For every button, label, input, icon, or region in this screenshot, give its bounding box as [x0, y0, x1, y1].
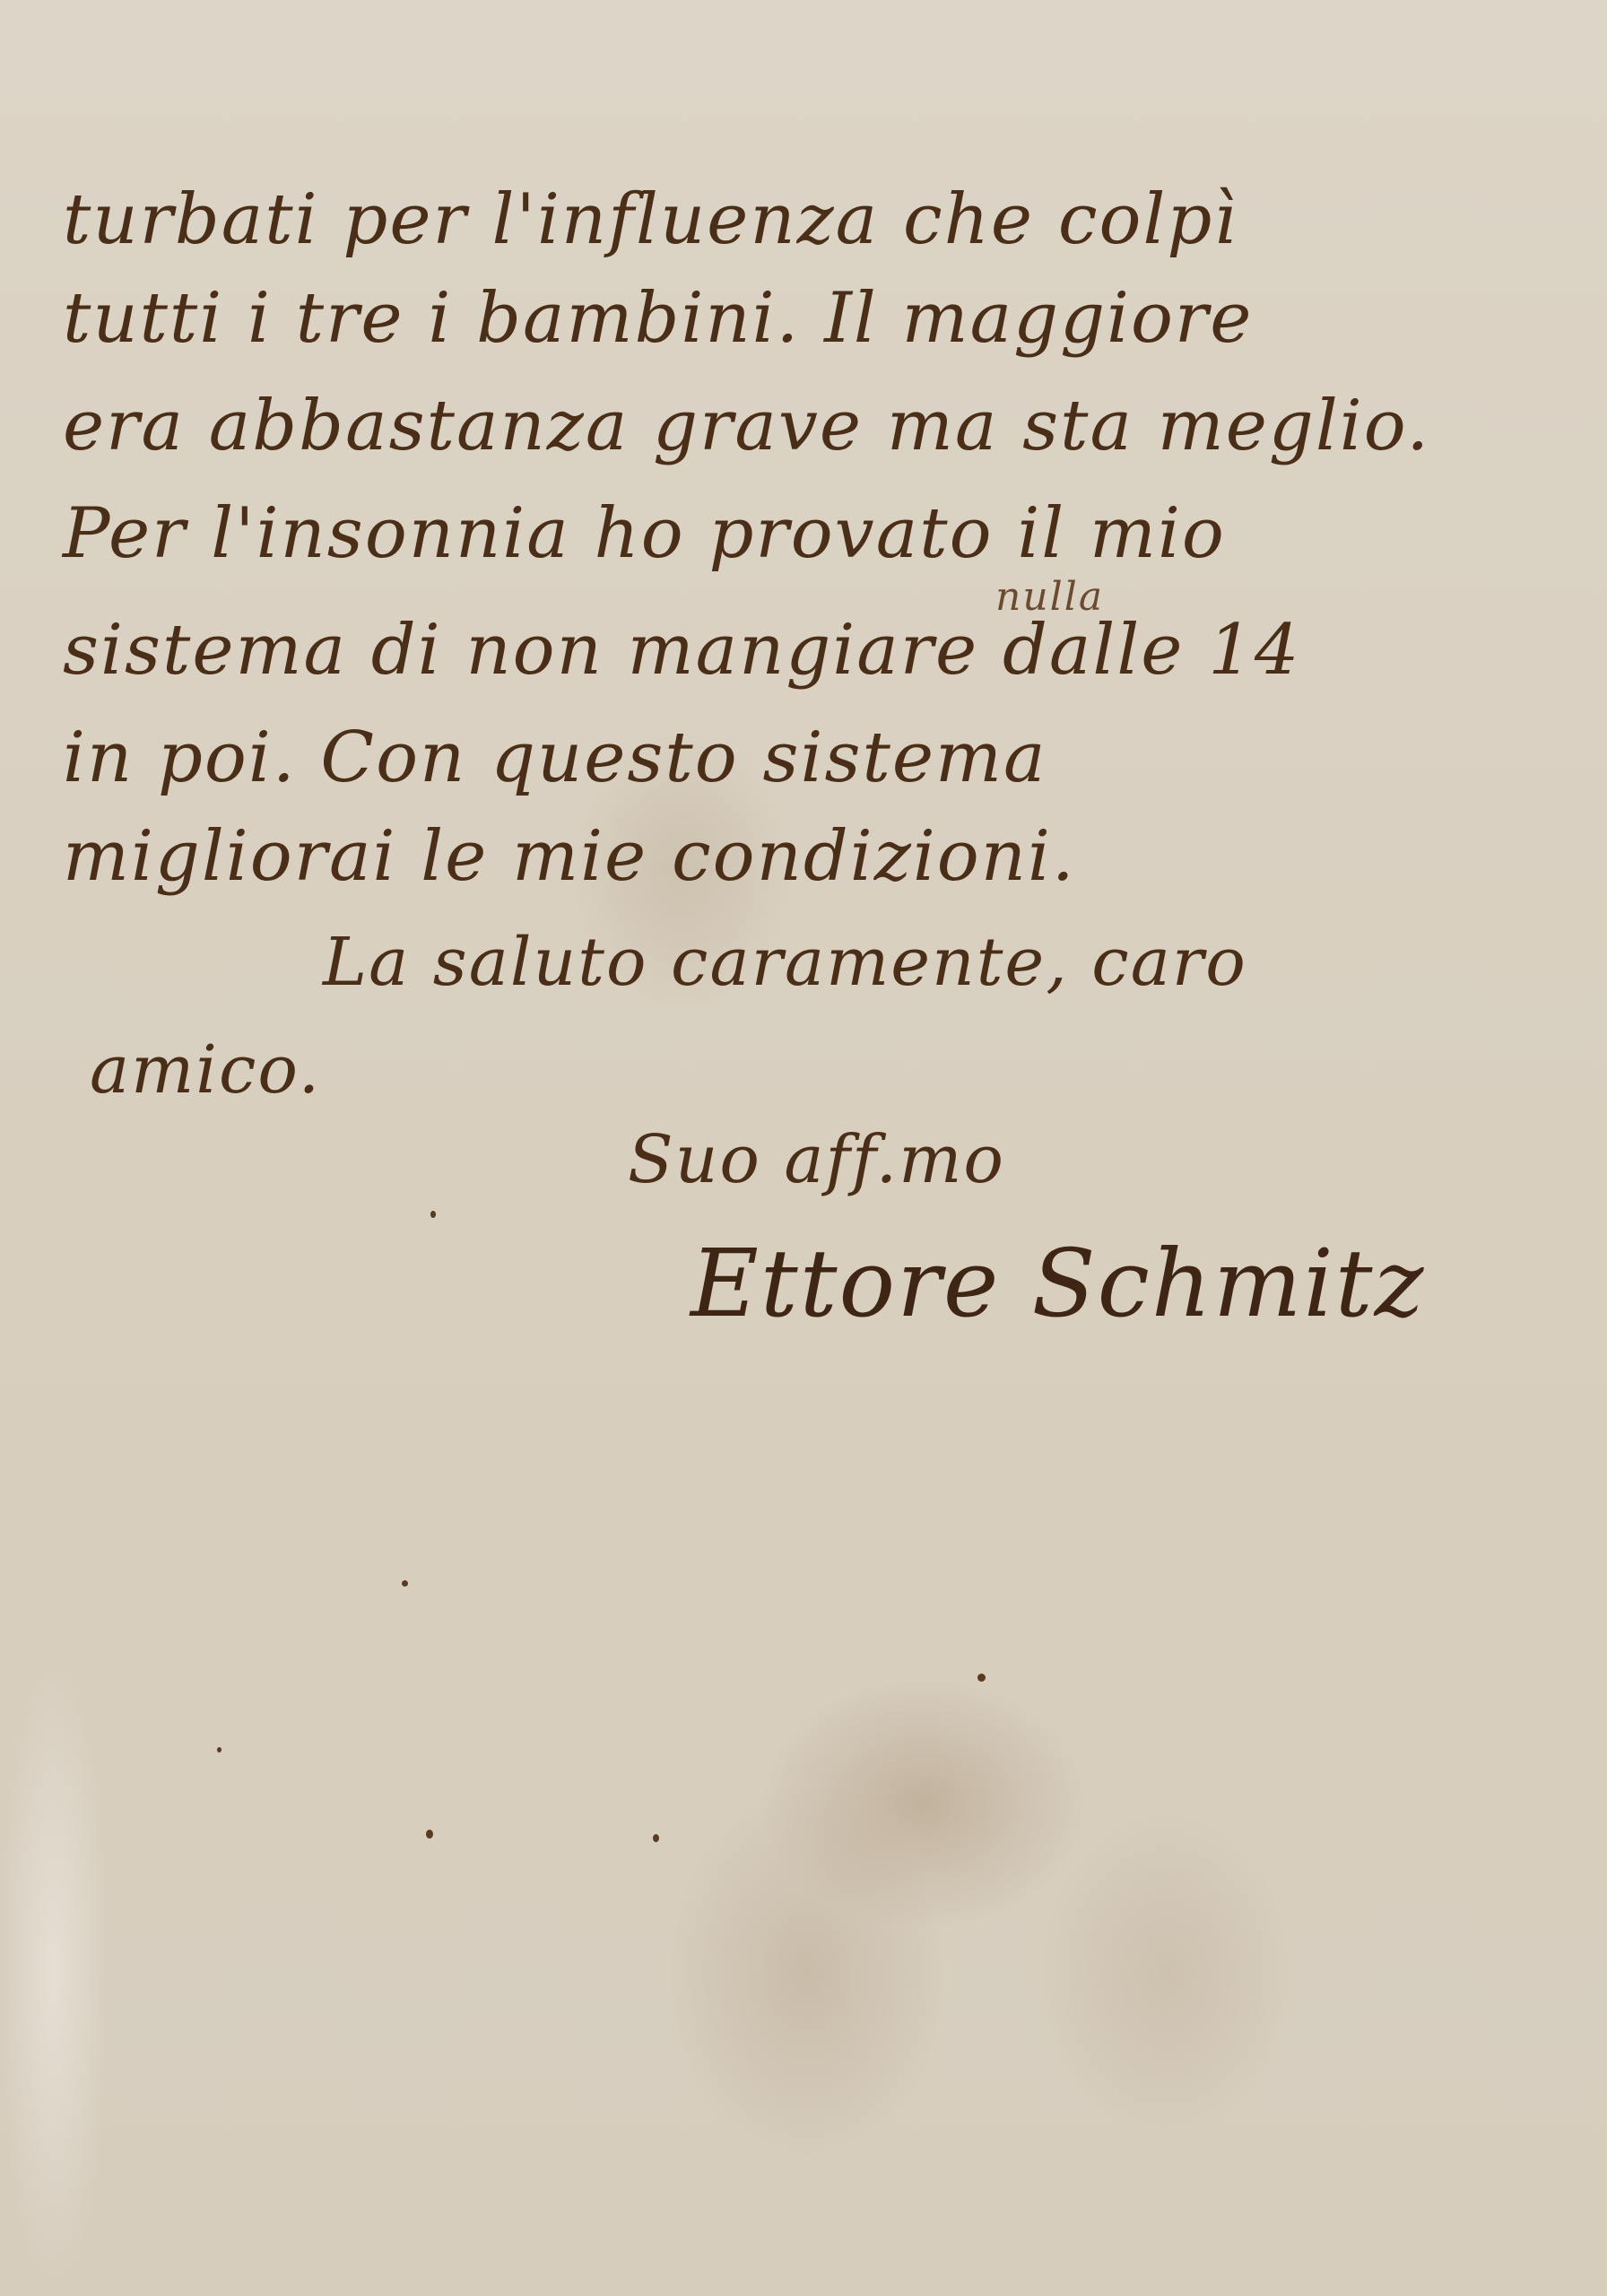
- letter-line-2: tutti i tre i bambini. Il maggiore: [63, 278, 1253, 359]
- letter-line-5: sistema di non mangiare dalle 14: [63, 610, 1301, 691]
- letter-line-4: Per l'insonnia ho provato il mio: [63, 493, 1226, 574]
- closing-line-1: La saluto caramente, caro: [323, 924, 1247, 1001]
- letter-page: turbati per l'influenza che colpì tutti …: [0, 0, 1607, 2296]
- letter-line-3: era abbastanza grave ma sta meglio.: [63, 386, 1430, 466]
- signature: Ettore Schmitz: [691, 1229, 1425, 1338]
- ink-speck: [977, 1674, 986, 1682]
- ink-speck: [402, 1580, 408, 1587]
- ink-speck: [426, 1830, 433, 1839]
- ink-speck: [430, 1211, 436, 1218]
- ink-speck: [217, 1747, 222, 1752]
- letter-line-6: in poi. Con questo sistema: [63, 717, 1047, 798]
- letter-line-7: migliorai le mie condizioni.: [63, 816, 1076, 897]
- letter-line-1: turbati per l'influenza che colpì: [63, 179, 1238, 260]
- ink-speck: [653, 1834, 659, 1842]
- valediction: Suo aff.mo: [628, 1121, 1005, 1198]
- closing-line-2: amico.: [90, 1031, 321, 1109]
